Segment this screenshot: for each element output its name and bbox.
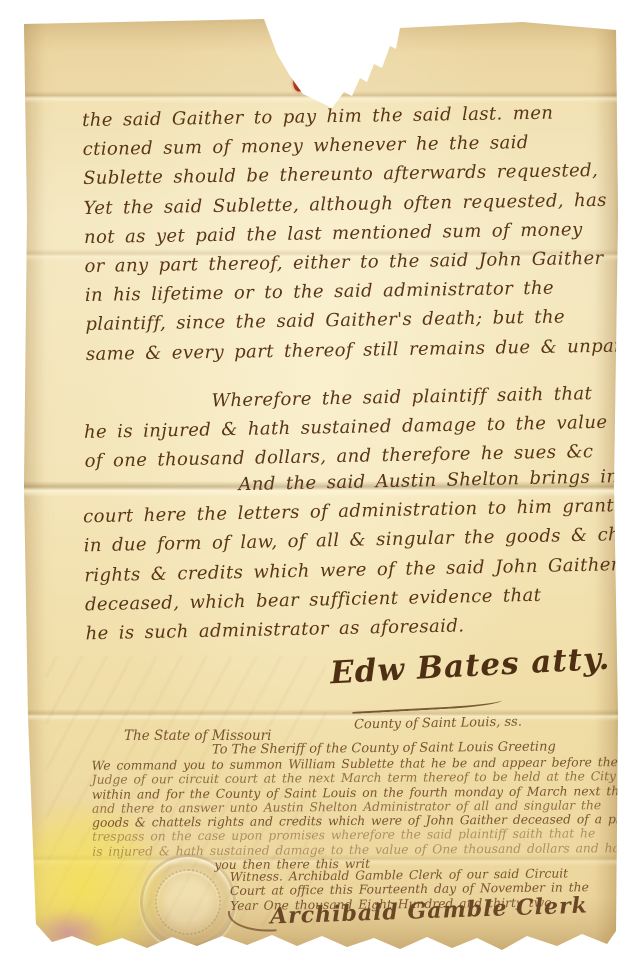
purple-stain (30, 909, 108, 957)
wax-seal-remnant (290, 58, 314, 93)
sheriff-salutation: To The Sheriff of the County of Saint Lo… (212, 740, 556, 758)
writ-body: We command you to summon William Sublett… (92, 755, 608, 873)
declaration-paragraph-3: And the said Austin Shelton brings into … (82, 463, 598, 649)
fold-crease (22, 709, 618, 721)
declaration-paragraph-2: Wherefore the said plaintiff saith that … (83, 379, 595, 476)
top-fold-panel (22, 16, 618, 96)
declaration-paragraph-1: the said Gaither to pay him the said las… (82, 98, 596, 369)
embossed-seal-inner-ring (155, 869, 221, 935)
attorney-signature: Edw Bates atty. (329, 641, 611, 692)
county-heading: County of Saint Louis, ss. (354, 715, 522, 733)
scanned-document-page: the said Gaither to pay him the said las… (0, 0, 640, 968)
signature-flourish (352, 696, 502, 714)
paper-sheet: the said Gaither to pay him the said las… (22, 16, 618, 954)
